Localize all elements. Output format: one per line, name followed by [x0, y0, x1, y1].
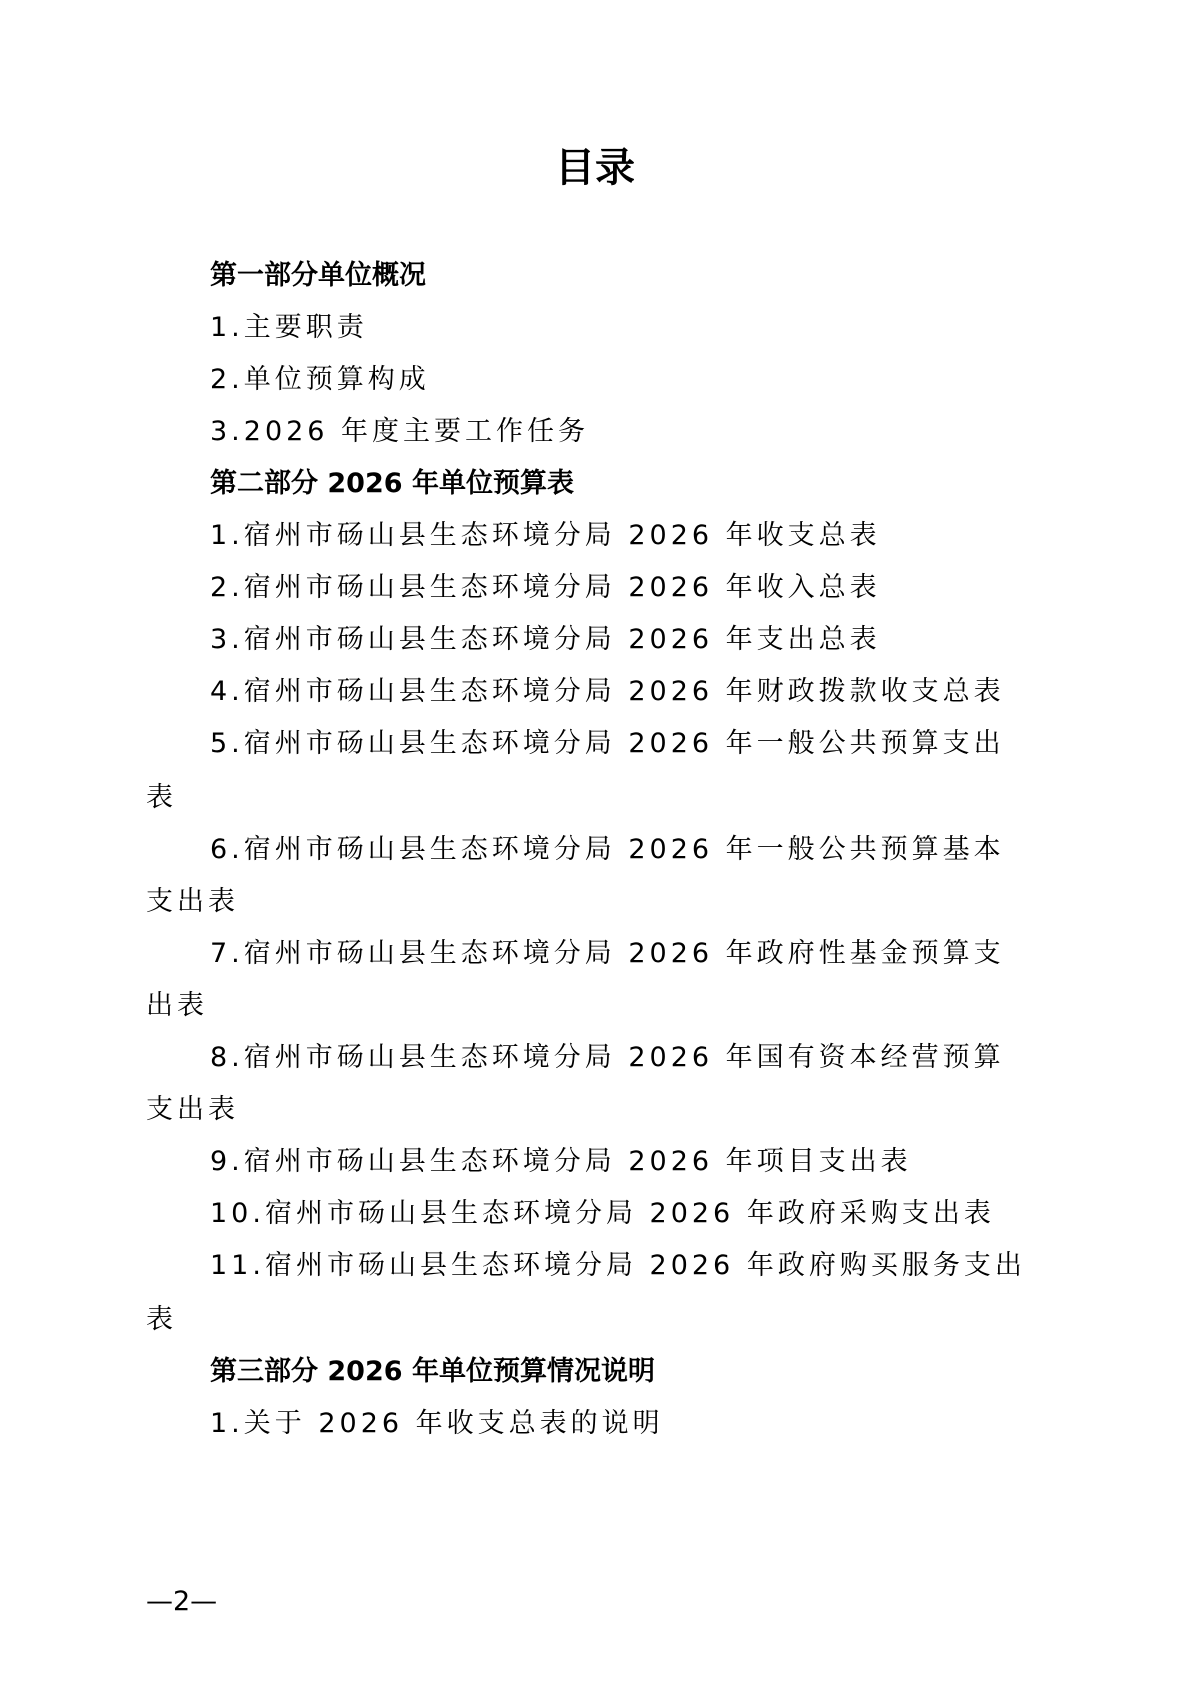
toc-item: 3.2026 年度主要工作任务 — [210, 418, 589, 445]
toc-heading-part3: 第三部分 2026 年单位预算情况说明 — [210, 1358, 655, 1385]
toc-item-continuation: 出表 — [146, 992, 208, 1019]
toc-item: 2.宿州市砀山县生态环境分局 2026 年收入总表 — [210, 574, 881, 601]
toc-item: 7.宿州市砀山县生态环境分局 2026 年政府性基金预算支 — [210, 940, 1005, 967]
page-title: 目录 — [0, 148, 1190, 188]
toc-item: 1.宿州市砀山县生态环境分局 2026 年收支总表 — [210, 522, 881, 549]
toc-item: 5.宿州市砀山县生态环境分局 2026 年一般公共预算支出 — [210, 730, 1005, 757]
toc-item: 11.宿州市砀山县生态环境分局 2026 年政府购买服务支出 — [210, 1252, 1026, 1279]
toc-item: 6.宿州市砀山县生态环境分局 2026 年一般公共预算基本 — [210, 836, 1005, 863]
toc-item: 2.单位预算构成 — [210, 366, 430, 393]
toc-item: 1.关于 2026 年收支总表的说明 — [210, 1410, 664, 1437]
toc-item: 10.宿州市砀山县生态环境分局 2026 年政府采购支出表 — [210, 1200, 995, 1227]
toc-item: 1.主要职责 — [210, 314, 368, 341]
toc-heading-part1: 第一部分单位概况 — [210, 262, 426, 289]
page-number: —2— — [146, 1588, 217, 1615]
toc-item-continuation: 支出表 — [146, 1096, 239, 1123]
toc-item-continuation: 表 — [146, 1306, 177, 1333]
toc-heading-part2: 第二部分 2026 年单位预算表 — [210, 470, 574, 497]
toc-item: 8.宿州市砀山县生态环境分局 2026 年国有资本经营预算 — [210, 1044, 1005, 1071]
toc-item: 3.宿州市砀山县生态环境分局 2026 年支出总表 — [210, 626, 881, 653]
toc-item: 4.宿州市砀山县生态环境分局 2026 年财政拨款收支总表 — [210, 678, 1005, 705]
toc-item-continuation: 支出表 — [146, 888, 239, 915]
toc-item-continuation: 表 — [146, 784, 177, 811]
toc-item: 9.宿州市砀山县生态环境分局 2026 年项目支出表 — [210, 1148, 912, 1175]
